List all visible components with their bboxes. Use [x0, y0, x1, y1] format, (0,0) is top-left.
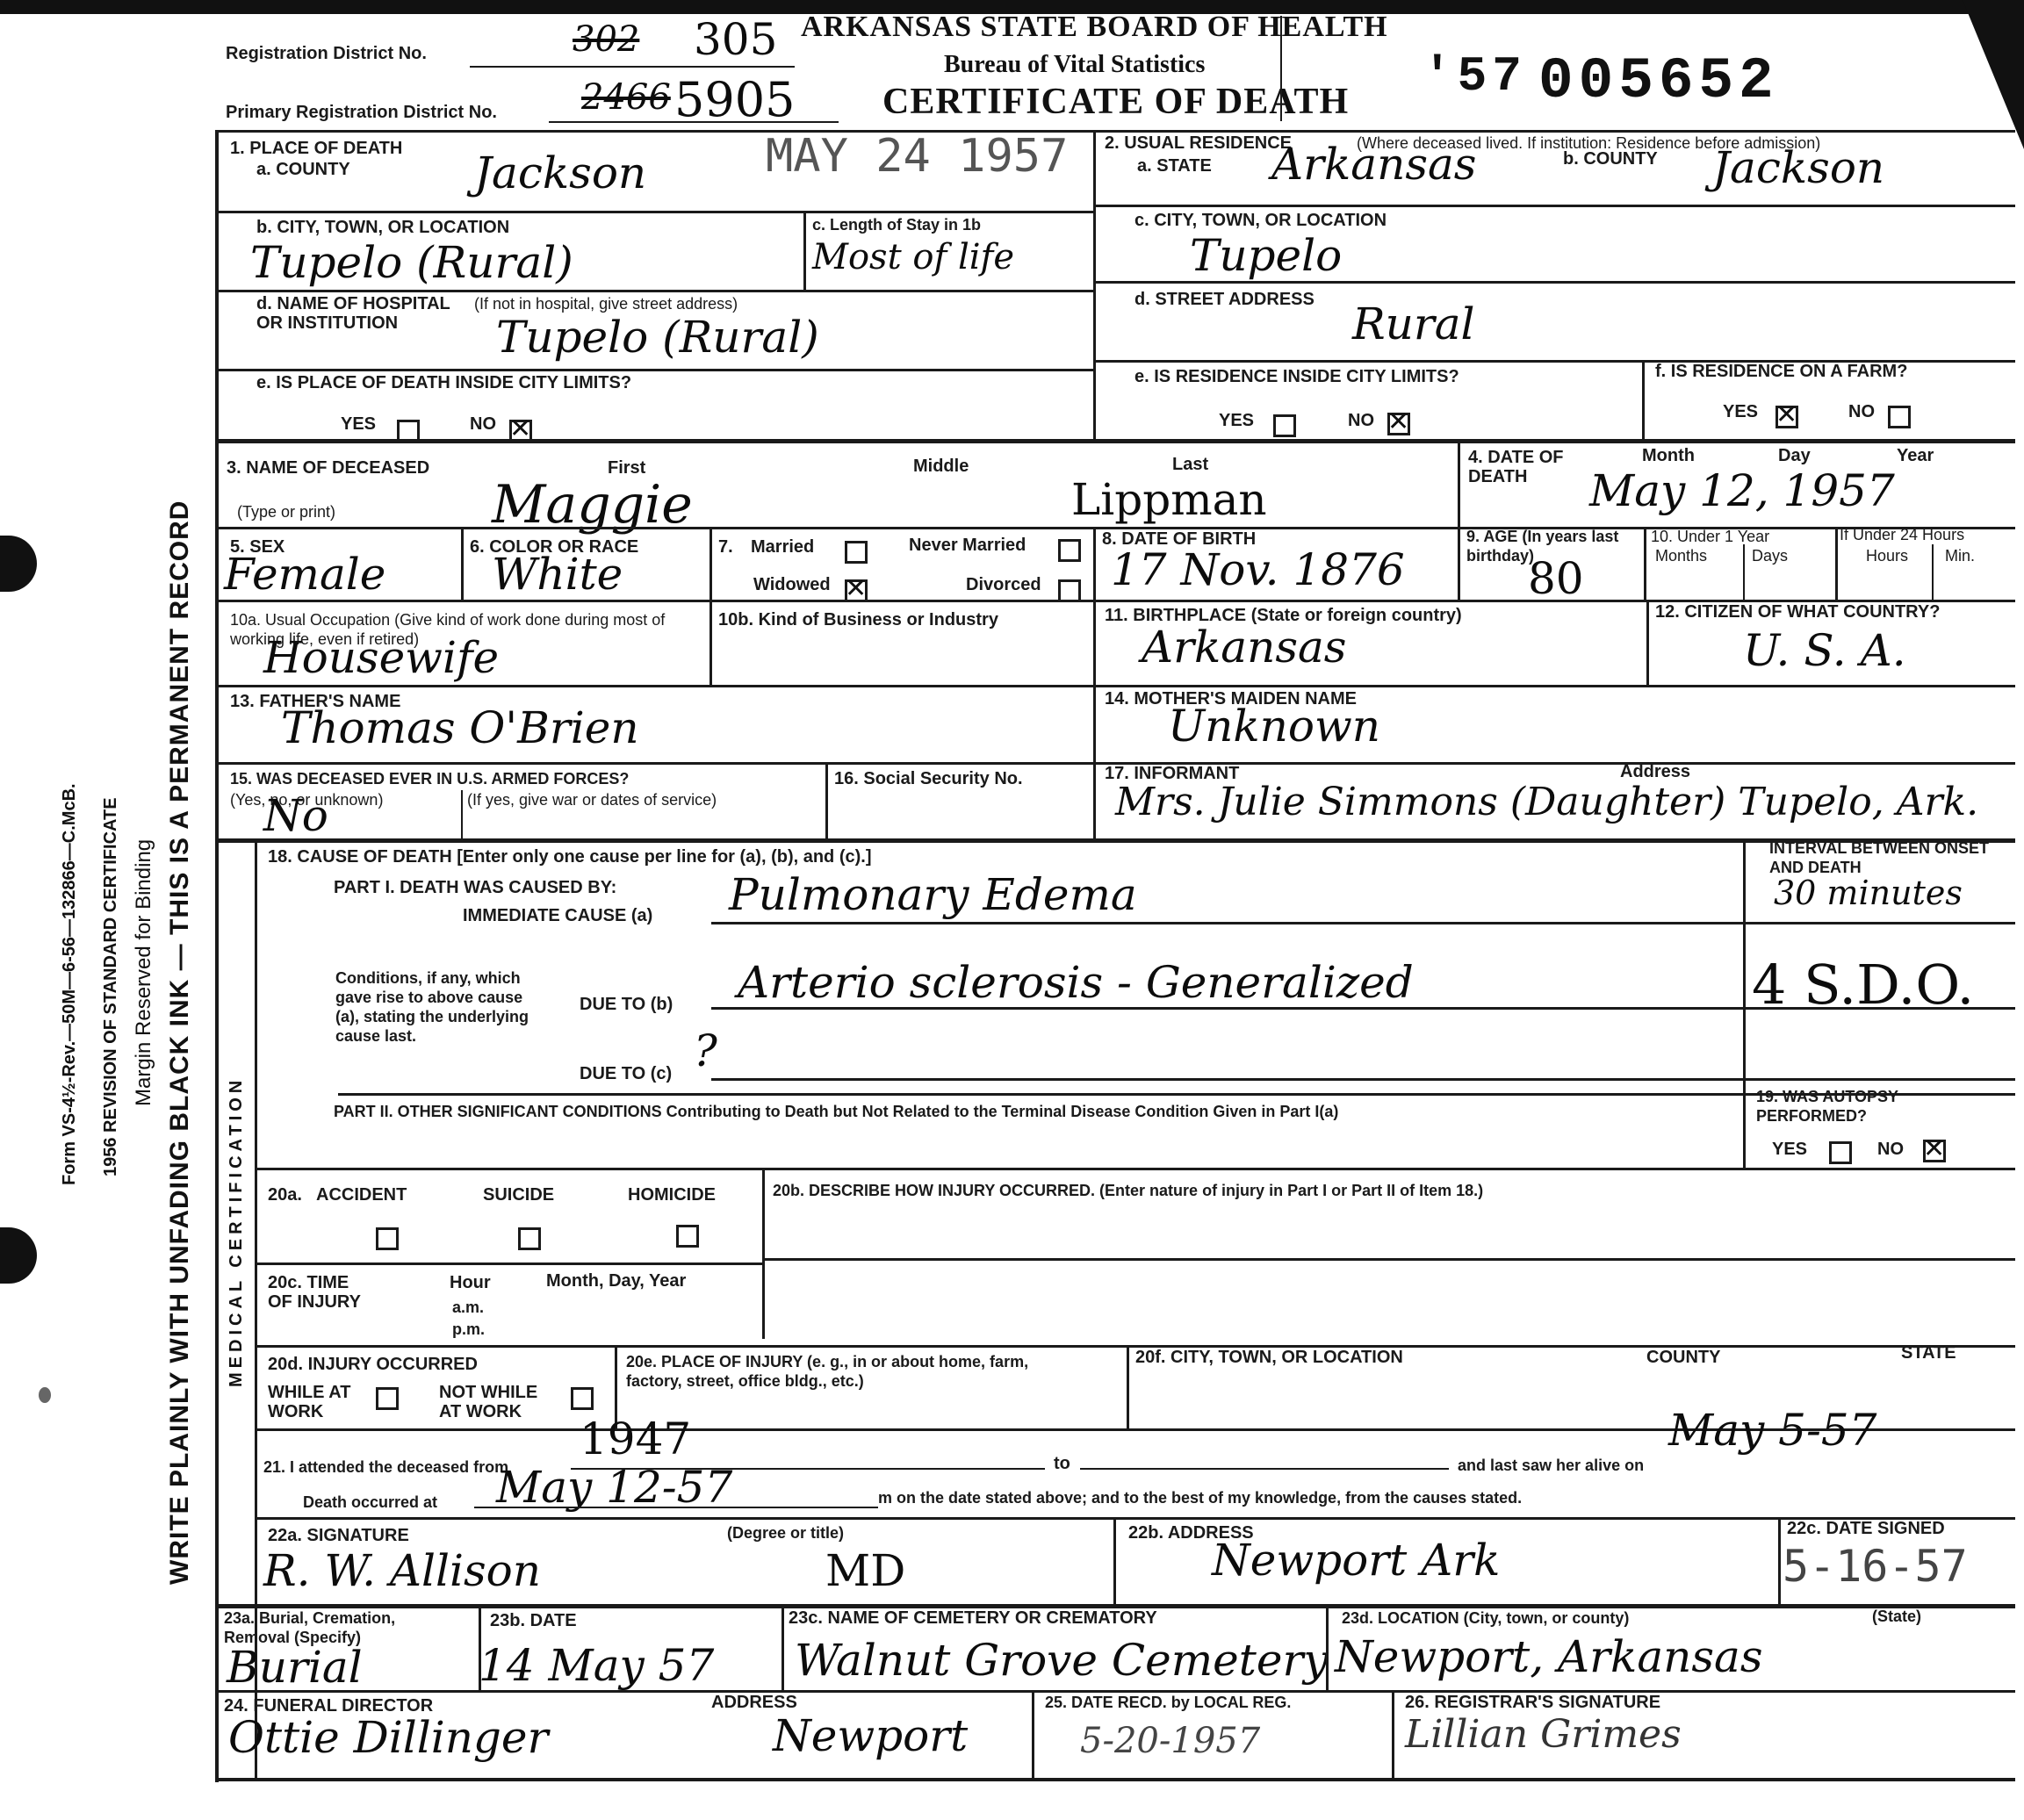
funeral-director-value: Ottie Dillinger — [228, 1712, 548, 1763]
race-value: White — [492, 549, 623, 600]
cemetery-value: Walnut Grove Cemetery — [795, 1635, 1329, 1686]
death-city-limits-label: e. IS PLACE OF DEATH INSIDE CITY LIMITS? — [256, 373, 631, 392]
death-county-value: Jackson — [474, 147, 646, 198]
attended-to-label: to — [1054, 1454, 1070, 1473]
residence-county-label: b. COUNTY — [1563, 149, 1658, 169]
due-to-c-label: DUE TO (c) — [580, 1064, 672, 1083]
citizen-value: U. S. A. — [1743, 625, 1906, 676]
no-label: NO — [470, 414, 496, 434]
age-value: 80 — [1528, 553, 1584, 604]
registration-district-label: Registration District No. — [226, 44, 427, 63]
residence-state-label: a. STATE — [1137, 156, 1212, 176]
binding-note: Margin Reserved for Binding — [132, 839, 156, 1106]
while-at-work-checkbox[interactable] — [376, 1387, 399, 1410]
deceased-name-label: 3. NAME OF DECEASED — [227, 458, 429, 478]
residence-city-label: c. CITY, TOWN, OR LOCATION — [1134, 211, 1387, 230]
pm-label: p.m. — [452, 1320, 485, 1339]
armed-forces-value: No — [263, 790, 328, 841]
certificate-number: 005652 — [1538, 48, 1779, 114]
dob-value: 17 Nov. 1876 — [1111, 544, 1405, 595]
no-label: NO — [1877, 1140, 1904, 1159]
residence-city-limits-yes-checkbox[interactable] — [1273, 414, 1296, 437]
physician-degree: MD — [825, 1545, 905, 1596]
sex-value: Female — [224, 549, 385, 600]
registrar-label: 26. REGISTRAR'S SIGNATURE — [1405, 1693, 1660, 1712]
place-of-death-label: 1. PLACE OF DEATH — [230, 139, 402, 158]
informant-address-label: Address — [1620, 762, 1690, 781]
burial-location-value: Newport, Arkansas — [1335, 1631, 1762, 1682]
residence-city-value: Tupelo — [1190, 230, 1342, 281]
revision-note: 1956 REVISION OF STANDARD CERTIFICATE — [101, 797, 121, 1176]
date-signed-label: 22c. DATE SIGNED — [1787, 1519, 1945, 1538]
yes-label: YES — [1772, 1140, 1807, 1159]
not-while-at-work-label: NOT WHILE AT WORK — [439, 1383, 562, 1421]
homicide-label: HOMICIDE — [628, 1185, 716, 1205]
attended-from-label: 21. I attended the deceased from — [263, 1457, 508, 1477]
residence-city-limits-label: e. IS RESIDENCE INSIDE CITY LIMITS? — [1134, 367, 1459, 386]
time-of-injury-label: 20c. TIME OF INJURY — [268, 1273, 373, 1312]
deceased-name-note: (Type or print) — [237, 502, 335, 522]
citizen-label: 12. CITIZEN OF WHAT COUNTRY? — [1655, 602, 1940, 622]
due-to-c-value: ? — [694, 1025, 717, 1076]
death-occurred-value: May 12-57 — [496, 1462, 732, 1513]
cemetery-label: 23c. NAME OF CEMETERY OR CREMATORY — [789, 1608, 1157, 1628]
attended-from-value: 1947 — [580, 1414, 691, 1464]
cause-of-death-label: 18. CAUSE OF DEATH [Enter only one cause… — [268, 847, 872, 867]
physician-address: Newport Ark — [1212, 1535, 1500, 1586]
widowed-label: Widowed — [753, 575, 831, 594]
form-number: Form VS-4½-Rev.—50M—6-56—132866—C.McB. — [60, 783, 80, 1185]
conditions-note: Conditions, if any, which gave rise to a… — [335, 968, 529, 1046]
registration-district-value: 305 — [694, 14, 777, 65]
degree-label: (Degree or title) — [727, 1523, 844, 1543]
armed-forces-label: 15. WAS DECEASED EVER IN U.S. ARMED FORC… — [230, 769, 629, 788]
disposition-date-value: 14 May 57 — [479, 1640, 714, 1691]
immediate-cause-label: IMMEDIATE CAUSE (a) — [463, 906, 652, 925]
usual-residence-label: 2. USUAL RESIDENCE — [1105, 133, 1292, 153]
yes-label: YES — [1219, 411, 1254, 430]
agency-name: ARKANSAS STATE BOARD OF HEALTH — [801, 11, 1388, 44]
primary-district-value: 5905 — [674, 72, 795, 127]
part2-label: PART II. OTHER SIGNIFICANT CONDITIONS Co… — [334, 1102, 1338, 1121]
married-checkbox[interactable] — [845, 541, 868, 564]
yes-label: YES — [1723, 402, 1758, 421]
medical-section-label: MEDICAL CERTIFICATION — [227, 1076, 247, 1387]
date-of-death-label: 4. DATE OF DEATH — [1468, 448, 1574, 486]
middle-name-label: Middle — [913, 457, 969, 476]
autopsy-no-checkbox[interactable] — [1923, 1140, 1946, 1162]
injury-type-label: 20a. — [268, 1185, 302, 1205]
immediate-cause-value: Pulmonary Edema — [729, 869, 1137, 920]
binding-hole — [0, 536, 37, 592]
due-to-b-value: Arterio sclerosis - Generalized — [738, 957, 1414, 1008]
residence-street-label: d. STREET ADDRESS — [1134, 290, 1315, 309]
farm-label: f. IS RESIDENCE ON A FARM? — [1655, 362, 1907, 381]
interval-a-value: 30 minutes — [1774, 874, 1963, 912]
month-label: Month — [1642, 446, 1695, 465]
residence-county-value: Jackson — [1712, 142, 1884, 193]
due-to-b-label: DUE TO (b) — [580, 995, 673, 1014]
farm-no-checkbox[interactable] — [1888, 406, 1911, 428]
suicide-label: SUICIDE — [483, 1185, 554, 1205]
describe-injury-label: 20b. DESCRIBE HOW INJURY OCCURRED. (Ente… — [773, 1181, 1483, 1200]
scan-smudge — [39, 1387, 51, 1403]
burial-state-label: (State) — [1872, 1607, 1921, 1626]
place-of-injury-label: 20e. PLACE OF INJURY (e. g., in or about… — [626, 1352, 1083, 1391]
last-name-value: Lippman — [1071, 474, 1267, 525]
received-date-stamp: MAY 24 1957 — [766, 130, 1068, 183]
residence-state-value: Arkansas — [1271, 139, 1476, 190]
birthplace-value: Arkansas — [1142, 622, 1346, 673]
length-of-stay-value: Most of life — [812, 237, 1014, 277]
injury-county-label: COUNTY — [1646, 1348, 1720, 1367]
while-at-work-label: WHILE AT WORK — [268, 1383, 364, 1421]
residence-street-value: Rural — [1352, 299, 1475, 349]
death-county-label: a. COUNTY — [256, 160, 350, 179]
primary-district-struck: 2466 — [581, 77, 671, 118]
suicide-checkbox[interactable] — [518, 1227, 541, 1250]
physician-signature: R. W. Allison — [263, 1545, 541, 1596]
occupation-value: Housewife — [263, 632, 499, 683]
bureau-name: Bureau of Vital Statistics — [944, 51, 1205, 79]
autopsy-yes-checkbox[interactable] — [1829, 1141, 1852, 1164]
farm-yes-checkbox[interactable] — [1776, 406, 1798, 428]
am-label: a.m. — [452, 1298, 484, 1317]
days-label: Days — [1752, 546, 1788, 565]
interval-label: INTERVAL BETWEEN ONSET AND DEATH — [1769, 838, 2006, 877]
hours-label: Hours — [1866, 546, 1908, 565]
industry-label: 10b. Kind of Business or Industry — [718, 610, 998, 629]
attestation-statement: m on the date stated above; and to the b… — [878, 1488, 1522, 1507]
under-24-hours-label: If Under 24 Hours — [1840, 525, 1964, 544]
hospital-label: d. NAME OF HOSPITAL OR INSTITUTION — [256, 294, 458, 333]
injury-city-label: 20f. CITY, TOWN, OR LOCATION — [1135, 1348, 1403, 1367]
no-label: NO — [1848, 402, 1875, 421]
never-married-checkbox[interactable] — [1058, 539, 1081, 562]
married-label: Married — [751, 537, 814, 557]
never-married-label: Never Married — [909, 536, 1026, 555]
no-label: NO — [1348, 411, 1374, 430]
date-received-value: 5-20-1957 — [1080, 1721, 1260, 1761]
divorced-label: Divorced — [966, 575, 1041, 594]
last-saw-value: May 5-57 — [1668, 1405, 1876, 1456]
death-occurred-label: Death occurred at — [303, 1493, 437, 1512]
document-title: CERTIFICATE OF DEATH — [882, 81, 1349, 123]
yes-label: YES — [341, 414, 376, 434]
length-of-stay-label: c. Length of Stay in 1b — [812, 215, 981, 234]
accident-label: ACCIDENT — [316, 1185, 407, 1205]
under-1-year-label: 10. Under 1 Year — [1651, 527, 1769, 546]
residence-city-limits-no-checkbox[interactable] — [1387, 413, 1410, 435]
injury-state-label: STATE — [1901, 1343, 1956, 1363]
father-value: Thomas O'Brien — [281, 702, 639, 753]
year-prefix: '57 — [1423, 48, 1527, 104]
date-signed-value: 5-16-57 — [1783, 1541, 1968, 1592]
primary-district-label: Primary Registration District No. — [226, 103, 497, 122]
hospital-note: (If not in hospital, give street address… — [474, 294, 738, 313]
armed-service-note: (If yes, give war or dates of service) — [467, 790, 717, 809]
disposition-date-label: 23b. DATE — [490, 1611, 577, 1630]
scan-corner — [1963, 0, 2024, 149]
hospital-value: Tupelo (Rural) — [496, 312, 819, 363]
part1-label: PART I. DEATH WAS CAUSED BY: — [334, 878, 616, 897]
year-label: Year — [1897, 446, 1934, 465]
burial-location-label: 23d. LOCATION (City, town, or county) — [1342, 1608, 1629, 1628]
months-label: Months — [1655, 546, 1707, 565]
day-label: Day — [1778, 446, 1811, 465]
month-day-year-label: Month, Day, Year — [546, 1271, 686, 1291]
death-city-value: Tupelo (Rural) — [250, 237, 573, 288]
death-city-label: b. CITY, TOWN, OR LOCATION — [256, 218, 509, 237]
mother-value: Unknown — [1168, 701, 1380, 752]
not-while-at-work-checkbox[interactable] — [571, 1387, 594, 1410]
ink-instruction: WRITE PLAINLY WITH UNFADING BLACK INK — … — [165, 500, 195, 1585]
binding-hole — [0, 1227, 37, 1284]
ssn-label: 16. Social Security No. — [834, 769, 1023, 788]
disposition-method-value: Burial — [227, 1642, 363, 1693]
hour-label: Hour — [450, 1273, 491, 1292]
interval-b-value: 4 S.D.O. — [1752, 953, 1974, 1017]
date-received-label: 25. DATE RECD. by LOCAL REG. — [1045, 1693, 1291, 1712]
accident-checkbox[interactable] — [376, 1227, 399, 1250]
last-saw-label: and last saw her alive on — [1458, 1456, 1644, 1475]
signature-label: 22a. SIGNATURE — [268, 1526, 409, 1545]
autopsy-label: 19. WAS AUTOPSY PERFORMED? — [1756, 1087, 1941, 1126]
registrar-signature: Lillian Grimes — [1405, 1712, 1682, 1757]
last-name-label: Last — [1172, 455, 1208, 474]
registration-district-struck: 302 — [573, 19, 639, 60]
date-of-death-value: May 12, 1957 — [1589, 465, 1895, 516]
homicide-checkbox[interactable] — [676, 1225, 699, 1248]
minutes-label: Min. — [1945, 546, 1975, 565]
funeral-director-address-label: ADDRESS — [711, 1693, 797, 1712]
informant-value: Mrs. Julie Simmons (Daughter) Tupelo, Ar… — [1115, 780, 1978, 824]
funeral-director-address-value: Newport — [773, 1710, 968, 1761]
marital-label: 7. — [718, 537, 733, 557]
injury-at-work-label: 20d. INJURY OCCURRED — [268, 1355, 478, 1374]
